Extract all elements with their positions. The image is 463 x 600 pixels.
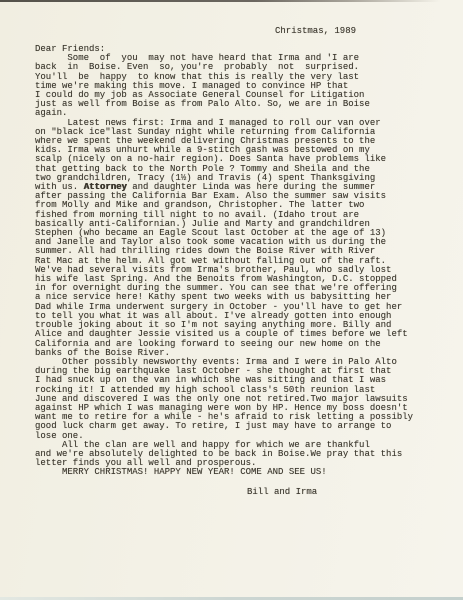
closing-line: MERRY CHRISTMAS! HAPPY NEW YEAR! COME AN… (35, 468, 413, 477)
signature: Bill and Irma (35, 488, 413, 497)
letter-date: Christmas, 1989 (275, 27, 356, 36)
paragraph-3: Other possibly newsworthy events: Irma a… (35, 358, 413, 441)
paragraph-2-text-before: Latest news first: Irma and I managed to… (35, 118, 386, 192)
paragraph-4: All the clan are well and happy for whic… (35, 441, 413, 469)
letter-body: Dear Friends: Some of you may not have h… (35, 45, 413, 497)
scan-edge-top (0, 0, 463, 2)
scanned-letter-page: Christmas, 1989 Dear Friends: Some of yo… (0, 0, 463, 600)
paragraph-2-text-after: and daughter Linda was here during the s… (35, 182, 408, 358)
paragraph-1: Some of you may not have heard that Irma… (35, 54, 413, 118)
paragraph-2: Latest news first: Irma and I managed to… (35, 119, 413, 358)
